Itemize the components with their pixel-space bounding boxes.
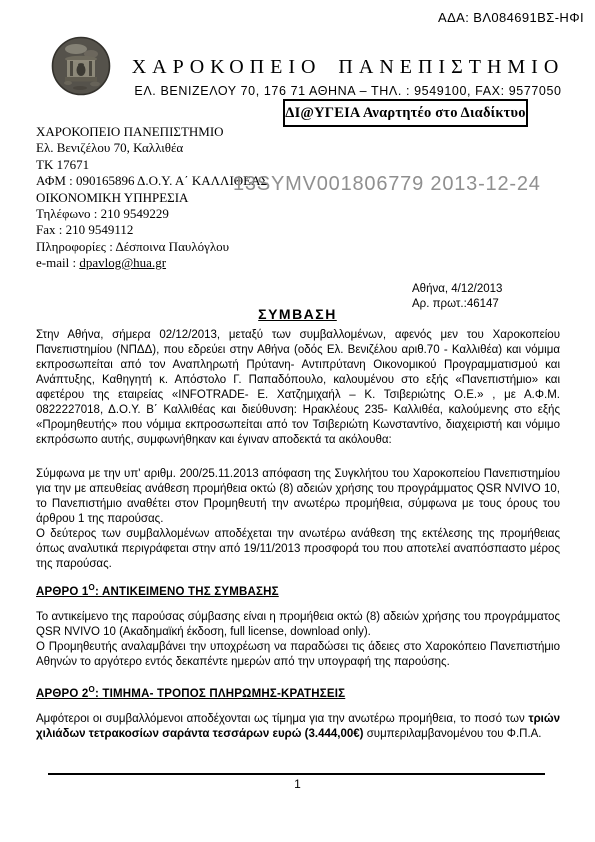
sender-line-email: e-mail : dpavlog@hua.gr — [36, 255, 268, 271]
paragraph-acceptance: Ο δεύτερος των συμβαλλομένων αποδέχεται … — [36, 527, 560, 572]
sender-address-block: ΧΑΡΟΚΟΠΕΙΟ ΠΑΝΕΠΙΣΤΗΜΙΟ Ελ. Βενιζέλου 70… — [36, 124, 268, 272]
paragraph-object: Το αντικείμενο της παρούσας σύμβασης είν… — [36, 610, 560, 640]
place-date: Αθήνα, 4/12/2013 — [412, 282, 502, 297]
paragraph-decision: Σύμφωνα με την υπ' αριθμ. 200/25.11.2013… — [36, 467, 560, 527]
email-link[interactable]: dpavlog@hua.gr — [79, 255, 166, 270]
diavgeia-stamp-label: ΔΙ@ΥΓΕΙΑ Αναρτητέο στο Διαδίκτυο — [285, 105, 525, 122]
sender-line-organization: ΧΑΡΟΚΟΠΕΙΟ ΠΑΝΕΠΙΣΤΗΜΙΟ — [36, 124, 268, 140]
article-2-heading: ΑΡΘΡΟ 2Ο: ΤΙΜΗΜΑ- ΤΡΟΠΟΣ ΠΛΗΡΩΜΗΣ-ΚΡΑΤΗΣ… — [36, 682, 560, 702]
university-address-line: ΕΛ. ΒΕΝΙΖΕΛΟΥ 70, 176 71 ΑΘΗΝΑ – ΤΗΛ. : … — [118, 84, 578, 98]
paragraph-price: Αμφότεροι οι συμβαλλόμενοι αποδέχονται ω… — [36, 712, 560, 742]
contract-body: Στην Αθήνα, σήμερα 02/12/2013, μεταξύ τω… — [36, 328, 560, 742]
diavgeia-stamp: ΔΙ@ΥΓΕΙΑ Αναρτητέο στο Διαδίκτυο — [283, 99, 528, 127]
footer-divider — [48, 773, 545, 775]
article-1-heading: ΑΡΘΡΟ 1Ο: ΑΝΤΙΚΕΙΜΕΝΟ ΤΗΣ ΣΥΜΒΑΣΗΣ — [36, 580, 560, 600]
university-title: ΧΑΡΟΚΟΠΕΙΟ ΠΑΝΕΠΙΣΤΗΜΙΟ — [118, 56, 578, 79]
sender-line-street: Ελ. Βενιζέλου 70, Καλλιθέα — [36, 140, 268, 156]
sender-line-phone: Τηλέφωνο : 210 9549229 — [36, 206, 268, 222]
page-number: 1 — [0, 777, 595, 791]
document-page: ΑΔΑ: ΒΛ084691ΒΣ-ΗΦΙ ΧΑΡΟΚΟΠΕΙΟ ΠΑΝΕΠΙΣΤΗ… — [0, 0, 595, 842]
sender-line-contact: Πληροφορίες : Δέσποινα Παυλόγλου — [36, 239, 268, 255]
document-title: ΣΥΜΒΑΣΗ — [0, 306, 595, 322]
sender-line-postcode: ΤΚ 17671 — [36, 157, 268, 173]
paragraph-delivery: Ο Προμηθευτής αναλαμβάνει την υποχρέωση … — [36, 640, 560, 670]
email-label: e-mail : — [36, 255, 79, 270]
paragraph-parties: Στην Αθήνα, σήμερα 02/12/2013, μεταξύ τω… — [36, 328, 560, 448]
ada-code: ΑΔΑ: ΒΛ084691ΒΣ-ΗΦΙ — [438, 10, 584, 25]
sender-line-fax: Fax : 210 9549112 — [36, 222, 268, 238]
university-seal-icon — [51, 36, 111, 96]
registry-watermark: 13SYMV001806779 2013-12-24 — [233, 173, 541, 196]
